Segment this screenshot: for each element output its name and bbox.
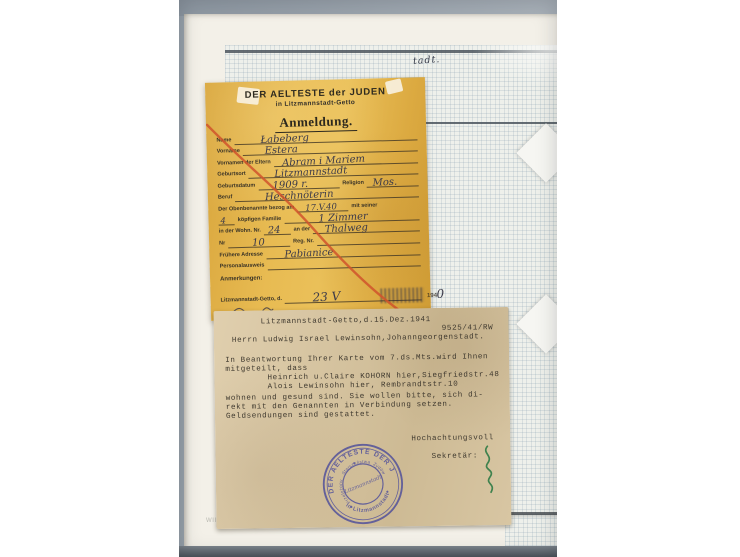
ink-stamp-smudge: [381, 287, 425, 303]
handwritten-datum: 23 V: [313, 289, 341, 304]
pencil-margin-note: tadt.: [413, 54, 441, 67]
handwritten-jahr: 0: [437, 287, 445, 301]
ghetto-office-stamp: DER AELTESTE DER JUDEN in Litzmannstadt …: [318, 439, 407, 528]
letter-signature-label: Sekretär:: [431, 452, 478, 461]
letter-body-line: Alois Lewinsohn hier, Rembrandtstr.10: [268, 381, 459, 392]
secretary-signature: [473, 443, 508, 495]
letter-body-line: mitgeteilt, dass: [225, 365, 308, 374]
archive-photo: tadt. WII DER AELTESTE der JUDEN in Litz…: [179, 0, 557, 557]
letter-closing: Hochachtungsvoll: [411, 434, 494, 443]
stamp-center-text: Litzmannstadt: [343, 474, 384, 496]
anmeldung-form: DER AELTESTE der JUDEN in Litzmannstadt-…: [205, 77, 431, 321]
handwritten-hausnr: 10: [252, 237, 265, 249]
letter-recipient: Herrn Ludwig Israel Lewinsohn,Johanngeor…: [232, 333, 485, 345]
letter-body-line: In Beantwortung Ihrer Karte vom 7.ds.Mts…: [225, 353, 488, 365]
letter-document: Litzmannstadt-Getto,d.15.Dez.1941 9525/4…: [213, 307, 511, 529]
letter-reference-number: 9525/41/RW: [442, 324, 494, 333]
table-surface-bottom: [179, 546, 557, 557]
letter-date: Litzmannstadt-Getto,d.15.Dez.1941: [261, 316, 431, 326]
page-background: tadt. WII DER AELTESTE der JUDEN in Litz…: [0, 0, 740, 557]
letter-body-line: Geldsendungen sind gestattet.: [226, 411, 376, 421]
album-page: tadt. WII DER AELTESTE der JUDEN in Litz…: [184, 14, 557, 548]
photo-watermark: WII: [206, 518, 217, 524]
